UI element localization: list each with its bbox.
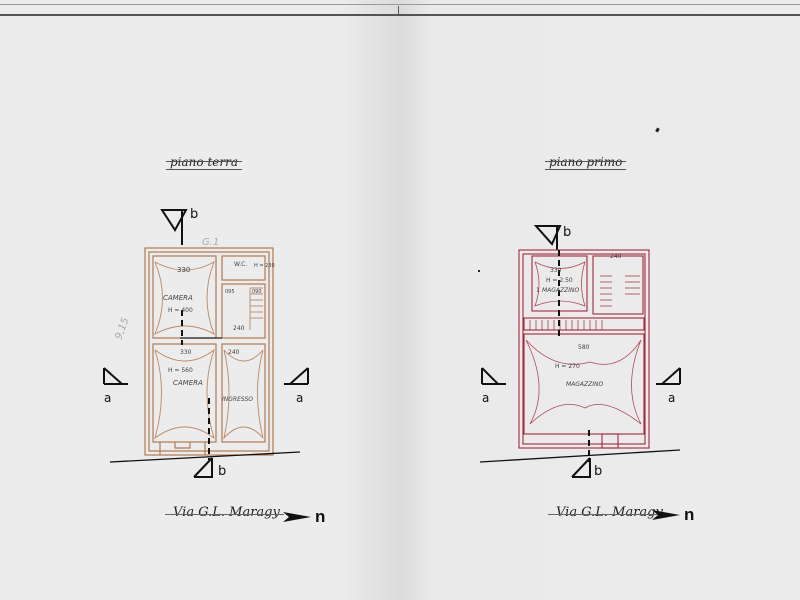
section-a-label-right-right: a bbox=[668, 391, 675, 405]
svg-text:H = 270: H = 270 bbox=[555, 363, 580, 370]
section-mark-b-top-right bbox=[536, 226, 560, 250]
street-line-right bbox=[480, 450, 680, 462]
svg-text:1: 1 bbox=[536, 287, 540, 294]
section-mark-a-right-right bbox=[656, 368, 680, 384]
section-b-label-bottom-right: b bbox=[594, 464, 602, 479]
svg-text:580: 580 bbox=[578, 344, 590, 351]
right-north-indicator: n bbox=[652, 506, 694, 523]
section-a-label-left-right: a bbox=[482, 391, 489, 405]
stairs-right bbox=[530, 276, 640, 330]
section-mark-b-bottom-right bbox=[572, 458, 590, 478]
svg-text:MAGAZZINO: MAGAZZINO bbox=[566, 381, 604, 388]
right-street-label: Via G.L. Maragy bbox=[556, 505, 663, 520]
svg-text:H = 2.50: H = 2.50 bbox=[546, 277, 573, 284]
svg-text:240: 240 bbox=[610, 253, 622, 260]
room-labels-right: 330 H = 2.50 1 MAGAZZINO 240 580 H = 270… bbox=[536, 253, 622, 388]
svg-text:MAGAZZINO: MAGAZZINO bbox=[542, 287, 580, 294]
section-b-label-top-right: b bbox=[563, 225, 571, 240]
section-mark-a-left-right bbox=[482, 368, 506, 384]
north-arrow-icon bbox=[652, 510, 680, 520]
svg-text:330: 330 bbox=[550, 267, 562, 274]
